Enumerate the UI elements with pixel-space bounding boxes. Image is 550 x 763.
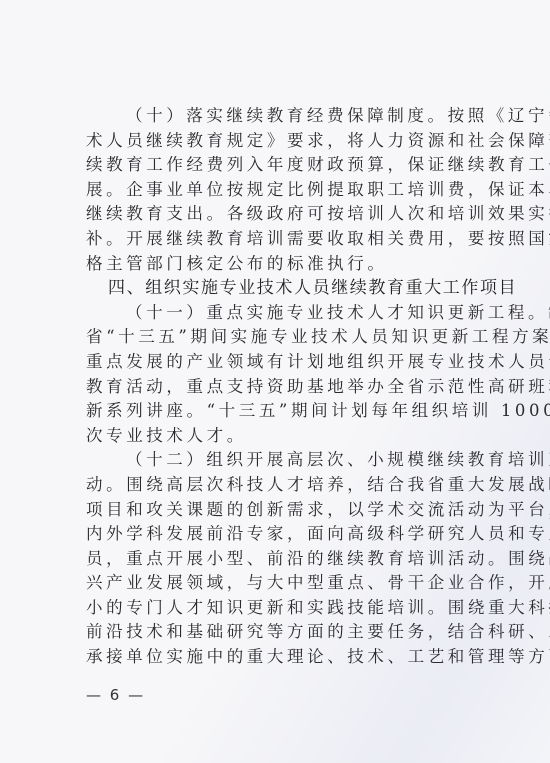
text-line: 术人员继续教育规定》要求，将人力资源和社会保障部门的继 (86, 129, 496, 154)
text-line: 项目和攻关课题的创新需求，以学术交流活动为平台，邀请国 (86, 498, 496, 523)
text-line: 省“十三五”期间实施专业技术人员知识更新工程方案，围绕全省 (86, 325, 496, 350)
text-line: 动。围绕高层次科技人才培养，结合我省重大发展战略、工程 (86, 473, 496, 498)
text-line: 内外学科发展前沿专家，面向高级科学研究人员和专业技术人 (86, 522, 496, 547)
text-line: 兴产业发展领域，与大中型重点、骨干企业合作，开展以大带 (86, 571, 496, 596)
text-line: 承接单位实施中的重大理论、技术、工艺和管理等方面的课 (86, 645, 496, 670)
text-line: 重点发展的产业领域有计划地组织开展专业技术人员专项继续 (86, 350, 496, 375)
text-line: 前沿技术和基础研究等方面的主要任务，结合科研、工程项目 (86, 620, 496, 645)
text-line: 次专业技术人才。 (86, 424, 496, 449)
text-line: （十）落实继续教育经费保障制度。按照《辽宁省专业技 (86, 104, 496, 129)
text-line: 展。企事业单位按规定比例提取职工培训费，保证本单位开展 (86, 178, 496, 203)
text-line: 格主管部门核定公布的标准执行。 (86, 252, 496, 277)
text-line: 续教育工作经费列入年度财政预算，保证继续教育工作正常开 (86, 153, 496, 178)
paragraph-10: （十）落实继续教育经费保障制度。按照《辽宁省专业技 术人员继续教育规定》要求，将… (86, 104, 496, 276)
section-heading: 四、组织实施专业技术人员继续教育重大工作项目 (86, 276, 496, 301)
document-body: （十）落实继续教育经费保障制度。按照《辽宁省专业技 术人员继续教育规定》要求，将… (86, 104, 496, 670)
text-line: 员，重点开展小型、前沿的继续教育培训活动。围绕战略性新 (86, 547, 496, 572)
text-line: 补。开展继续教育培训需要收取相关费用，要按照国家和省价 (86, 227, 496, 252)
text-line: 教育活动，重点支持资助基地举办全省示范性高研班和知识更 (86, 375, 496, 400)
paragraph-12: （十二）组织开展高层次、小规模继续教育培训系列活 动。围绕高层次科技人才培养，结… (86, 448, 496, 669)
text-line: （十一）重点实施专业技术人才知识更新工程。制定辽宁 (86, 301, 496, 326)
paragraph-11: （十一）重点实施专业技术人才知识更新工程。制定辽宁 省“十三五”期间实施专业技术… (86, 301, 496, 449)
page-number: — 6 — (86, 686, 145, 704)
text-line: （十二）组织开展高层次、小规模继续教育培训系列活 (86, 448, 496, 473)
text-line: 继续教育支出。各级政府可按培训人次和培训效果实行以奖代 (86, 202, 496, 227)
text-line: 新系列讲座。“十三五”期间计划每年组织培训 1000 名以上高层 (86, 399, 496, 424)
text-line: 小的专门人才知识更新和实践技能培训。围绕重大科技专项、 (86, 596, 496, 621)
